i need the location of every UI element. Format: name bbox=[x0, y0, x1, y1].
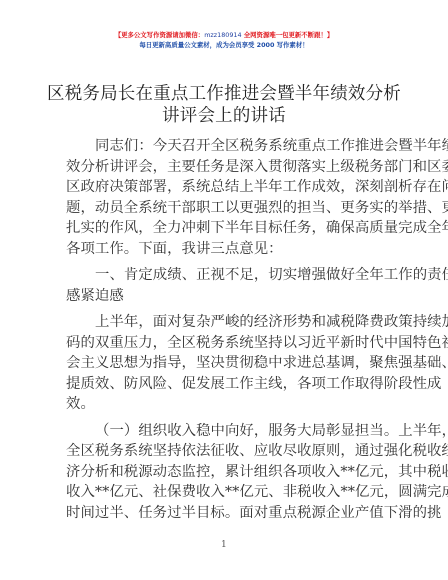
promo-banner-line-2: 每日更新高质量公文素材，成为会员享受 2000 写作素材！ bbox=[0, 40, 448, 49]
document-title-line-1: 区税务局长在重点工作推进会暨半年绩效分析 bbox=[0, 83, 448, 105]
document-body: 同志们：今天召开全区税务系统重点工作推进会暨半年绩 效分析讲评会，主要任务是深入… bbox=[66, 136, 386, 523]
paragraph-line: 全区税务系统坚持依法征收、应收尽收原则，通过强化税收经 bbox=[66, 441, 386, 462]
paragraph-line: 时间过半、任务过半目标。面对重点税源企业产值下滑的挑 bbox=[66, 503, 386, 524]
paragraph-line: 效分析讲评会，主要任务是深入贯彻落实上级税务部门和区委 bbox=[66, 157, 386, 178]
document-title-line-2: 讲评会上的讲话 bbox=[0, 105, 448, 127]
promo-banner-line-1: 【更多公文写作资源请加微信：mzz180914 全网资源唯一包更新不断跟！】 bbox=[0, 30, 448, 39]
paragraph-line: 区政府决策部署，系统总结上半年工作成效，深刻剖析存在问 bbox=[66, 177, 386, 198]
paragraph-line: 扎实的作风，全力冲刺下半年目标任务，确保高质量完成全年 bbox=[66, 218, 386, 239]
paragraph-line: 收入**亿元、社保费收入**亿元、非税收入**亿元，圆满完成 bbox=[66, 482, 386, 503]
paragraph-line: 济分析和税源动态监控，累计组织各项收入**亿元，其中税收 bbox=[66, 462, 386, 483]
paragraph-line: 上半年，面对复杂严峻的经济形势和减税降费政策持续加 bbox=[66, 312, 386, 333]
section-heading-line: 感紧迫感 bbox=[66, 286, 386, 307]
page-number: 1 bbox=[221, 540, 227, 550]
wechat-id: mzz180914 bbox=[204, 31, 241, 39]
paragraph-line: 会主义思想为指导，坚决贯彻稳中求进总基调，聚焦强基础、 bbox=[66, 353, 386, 374]
promo-text-start: 【更多公文写作资源请加微信： bbox=[115, 31, 204, 39]
paragraph-line: 同志们：今天召开全区税务系统重点工作推进会暨半年绩 bbox=[66, 136, 386, 157]
paragraph-line: 各项工作。下面，我讲三点意见： bbox=[66, 239, 386, 260]
promo-text-end: 全网资源唯一包更新不断跟！】 bbox=[242, 31, 334, 39]
paragraph-line: 效。 bbox=[66, 394, 386, 415]
paragraph-line: 码的双重压力，全区税务系统坚持以习近平新时代中国特色社 bbox=[66, 333, 386, 354]
paragraph-line: 提质效、防风险、促发展工作主线，各项工作取得阶段性成 bbox=[66, 374, 386, 395]
section-heading-line: 一、肯定成绩、正视不足，切实增强做好全年工作的责任 bbox=[66, 265, 386, 286]
paragraph-line: 题，动员全系统干部职工以更强烈的担当、更务实的举措、更 bbox=[66, 198, 386, 219]
subsection-line: （一）组织收入稳中向好，服务大局彰显担当。上半年， bbox=[66, 421, 386, 442]
